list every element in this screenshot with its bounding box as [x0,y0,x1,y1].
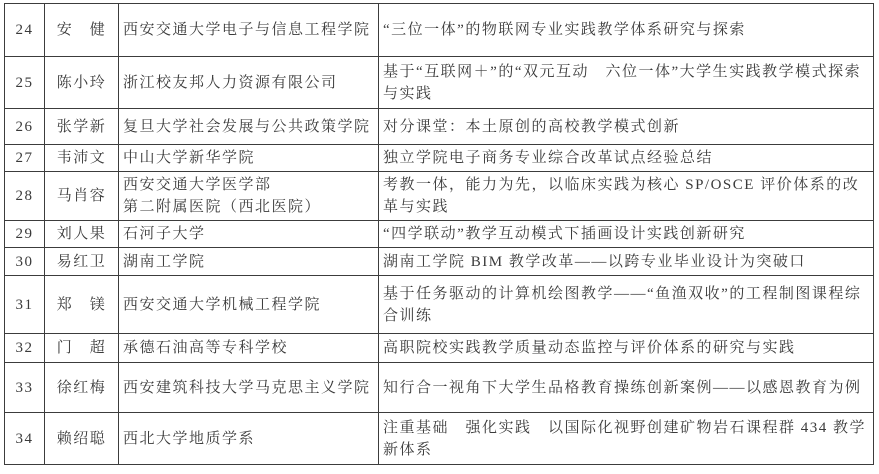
cell-title: 基于“互联网＋”的“双元互动 六位一体”大学生实践教学模式探索与实践 [379,57,874,109]
cell-name: 刘人果 [45,221,119,248]
cell-number: 33 [5,363,45,413]
cell-title: “三位一体”的物联网专业实践教学体系研究与探索 [379,4,874,57]
cell-number: 31 [5,276,45,334]
cell-institution: 湖南工学院 [119,248,379,276]
cell-institution: 西北大学地质学系 [119,413,379,465]
cell-institution: 西安交通大学电子与信息工程学院 [119,4,379,57]
table-row: 24安 健西安交通大学电子与信息工程学院“三位一体”的物联网专业实践教学体系研究… [5,4,874,57]
cell-number: 29 [5,221,45,248]
cell-number: 34 [5,413,45,465]
cell-number: 26 [5,109,45,145]
table-row: 25陈小玲浙江校友邦人力资源有限公司基于“互联网＋”的“双元互动 六位一体”大学… [5,57,874,109]
award-list-table: 24安 健西安交通大学电子与信息工程学院“三位一体”的物联网专业实践教学体系研究… [4,3,874,465]
table-row: 30易红卫湖南工学院湖南工学院 BIM 教学改革——以跨专业毕业设计为突破口 [5,248,874,276]
table-row: 31郑 镁西安交通大学机械工程学院基于任务驱动的计算机绘图教学——“鱼渔双收”的… [5,276,874,334]
cell-title: 注重基础 强化实践 以国际化视野创建矿物岩石课程群 434 教学新体系 [379,413,874,465]
table-body: 24安 健西安交通大学电子与信息工程学院“三位一体”的物联网专业实践教学体系研究… [5,4,874,465]
cell-number: 32 [5,334,45,363]
cell-name: 徐红梅 [45,363,119,413]
table-row: 27韦沛文中山大学新华学院独立学院电子商务专业综合改革试点经验总结 [5,145,874,172]
cell-name: 张学新 [45,109,119,145]
cell-number: 25 [5,57,45,109]
cell-institution: 石河子大学 [119,221,379,248]
cell-name: 赖绍聪 [45,413,119,465]
cell-name: 马肖容 [45,172,119,221]
cell-title: “四学联动”教学互动模式下插画设计实践创新研究 [379,221,874,248]
cell-name: 韦沛文 [45,145,119,172]
cell-title: 考教一体，能力为先，以临床实践为核心 SP/OSCE 评价体系的改革与实践 [379,172,874,221]
table-row: 32门 超承德石油高等专科学校高职院校实践教学质量动态监控与评价体系的研究与实践 [5,334,874,363]
cell-title: 湖南工学院 BIM 教学改革——以跨专业毕业设计为突破口 [379,248,874,276]
cell-institution: 复旦大学社会发展与公共政策学院 [119,109,379,145]
cell-institution: 西安建筑科技大学马克思主义学院 [119,363,379,413]
document-page: 24安 健西安交通大学电子与信息工程学院“三位一体”的物联网专业实践教学体系研究… [0,3,879,474]
cell-institution: 承德石油高等专科学校 [119,334,379,363]
table-row: 29刘人果石河子大学“四学联动”教学互动模式下插画设计实践创新研究 [5,221,874,248]
cell-number: 24 [5,4,45,57]
cell-name: 易红卫 [45,248,119,276]
cell-number: 30 [5,248,45,276]
cell-title: 高职院校实践教学质量动态监控与评价体系的研究与实践 [379,334,874,363]
cell-title: 对分课堂：本土原创的高校教学模式创新 [379,109,874,145]
table-row: 34赖绍聪西北大学地质学系注重基础 强化实践 以国际化视野创建矿物岩石课程群 4… [5,413,874,465]
table-row: 26张学新复旦大学社会发展与公共政策学院对分课堂：本土原创的高校教学模式创新 [5,109,874,145]
cell-title: 基于任务驱动的计算机绘图教学——“鱼渔双收”的工程制图课程综合训练 [379,276,874,334]
table-row: 33徐红梅西安建筑科技大学马克思主义学院知行合一视角下大学生品格教育操练创新案例… [5,363,874,413]
cell-name: 陈小玲 [45,57,119,109]
table-row: 28马肖容西安交通大学医学部 第二附属医院（西北医院）考教一体，能力为先，以临床… [5,172,874,221]
cell-institution: 中山大学新华学院 [119,145,379,172]
cell-institution: 浙江校友邦人力资源有限公司 [119,57,379,109]
cell-name: 郑 镁 [45,276,119,334]
cell-title: 独立学院电子商务专业综合改革试点经验总结 [379,145,874,172]
cell-name: 安 健 [45,4,119,57]
cell-name: 门 超 [45,334,119,363]
cell-title: 知行合一视角下大学生品格教育操练创新案例——以感恩教育为例 [379,363,874,413]
cell-institution: 西安交通大学机械工程学院 [119,276,379,334]
cell-institution: 西安交通大学医学部 第二附属医院（西北医院） [119,172,379,221]
cell-number: 28 [5,172,45,221]
cell-number: 27 [5,145,45,172]
